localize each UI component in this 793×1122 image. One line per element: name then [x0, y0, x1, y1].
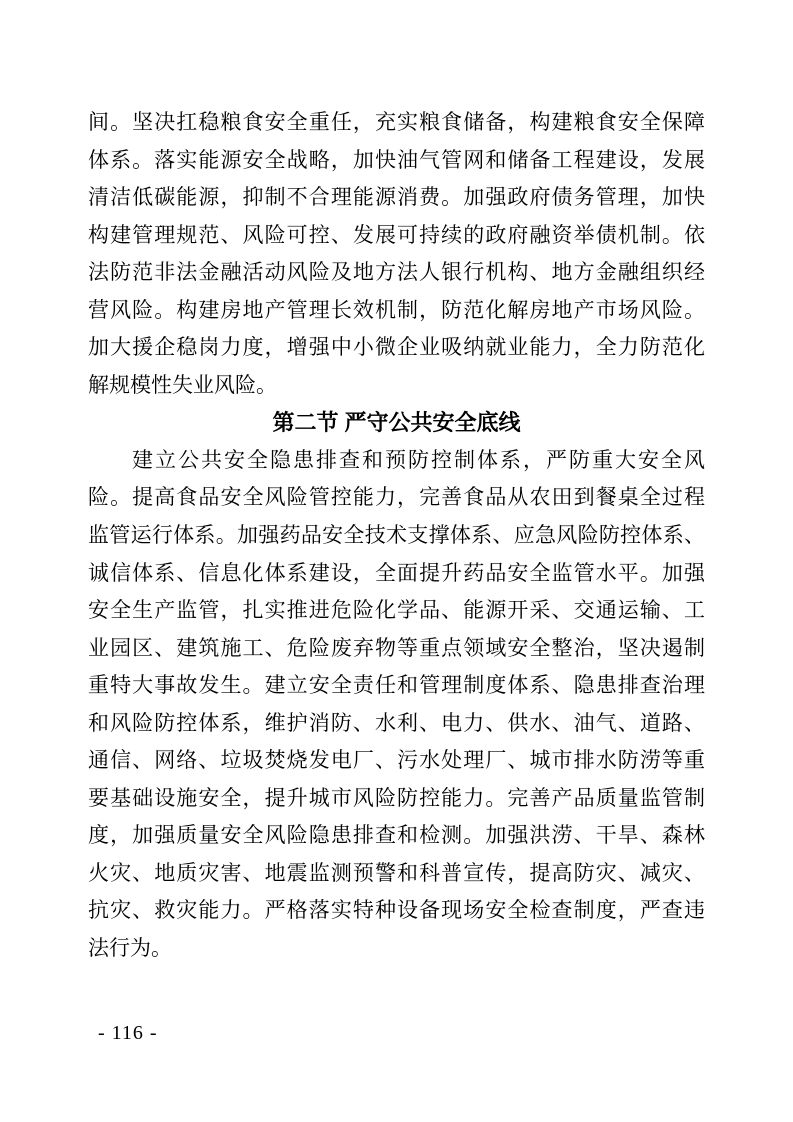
body-text-line: 险。提高食品安全风险管控能力，完善食品从农田到餐桌全过程 [88, 479, 705, 517]
body-text-line: 构建管理规范、风险可控、发展可持续的政府融资举债机制。依 [88, 217, 705, 255]
body-text-line: 安全生产监管，扎实推进危险化学品、能源开采、交通运输、工 [88, 592, 705, 630]
body-text-line: 火灾、地质灾害、地震监测预警和科普宣传，提高防灾、减灾、 [88, 855, 705, 893]
body-text-line: 和风险防控体系，维护消防、水利、电力、供水、油气、道路、 [88, 705, 705, 743]
body-text-line: 监管运行体系。加强药品安全技术支撑体系、应急风险防控体系、 [88, 517, 705, 555]
body-text-line: 营风险。构建房地产管理长效机制，防范化解房地产市场风险。 [88, 292, 705, 330]
body-text-line: 要基础设施安全，提升城市风险防控能力。完善产品质量监管制 [88, 780, 705, 818]
document-page: 间。坚决扛稳粮食安全重任，充实粮食储备，构建粮食安全保障 体系。落实能源安全战略… [0, 0, 793, 1122]
page-number: - 116 - [98, 1022, 158, 1045]
body-text-line: 诚信体系、信息化体系建设，全面提升药品安全监管水平。加强 [88, 555, 705, 593]
body-text-line: 法防范非法金融活动风险及地方法人银行机构、地方金融组织经 [88, 254, 705, 292]
body-text-line: 建立公共安全隐患排查和预防控制体系，严防重大安全风 [88, 442, 705, 480]
body-text-line: 度，加强质量安全风险隐患排查和检测。加强洪涝、干旱、森林 [88, 817, 705, 855]
section-heading: 第二节 严守公共安全底线 [88, 404, 705, 442]
body-text-line: 加大援企稳岗力度，增强中小微企业吸纳就业能力，全力防范化 [88, 329, 705, 367]
body-text-line: 清洁低碳能源，抑制不合理能源消费。加强政府债务管理，加快 [88, 179, 705, 217]
body-text-line: 抗灾、救灾能力。严格落实特种设备现场安全检查制度，严查违 [88, 892, 705, 930]
body-text-line: 重特大事故发生。建立安全责任和管理制度体系、隐患排查治理 [88, 667, 705, 705]
body-text-line: 法行为。 [88, 930, 705, 968]
document-body: 间。坚决扛稳粮食安全重任，充实粮食储备，构建粮食安全保障 体系。落实能源安全战略… [88, 104, 705, 968]
body-text-line: 间。坚决扛稳粮食安全重任，充实粮食储备，构建粮食安全保障 [88, 104, 705, 142]
body-text-line: 体系。落实能源安全战略，加快油气管网和储备工程建设，发展 [88, 142, 705, 180]
body-text-line: 业园区、建筑施工、危险废弃物等重点领域安全整治，坚决遏制 [88, 630, 705, 668]
body-text-line: 通信、网络、垃圾焚烧发电厂、污水处理厂、城市排水防涝等重 [88, 742, 705, 780]
body-text-line: 解规模性失业风险。 [88, 367, 705, 405]
